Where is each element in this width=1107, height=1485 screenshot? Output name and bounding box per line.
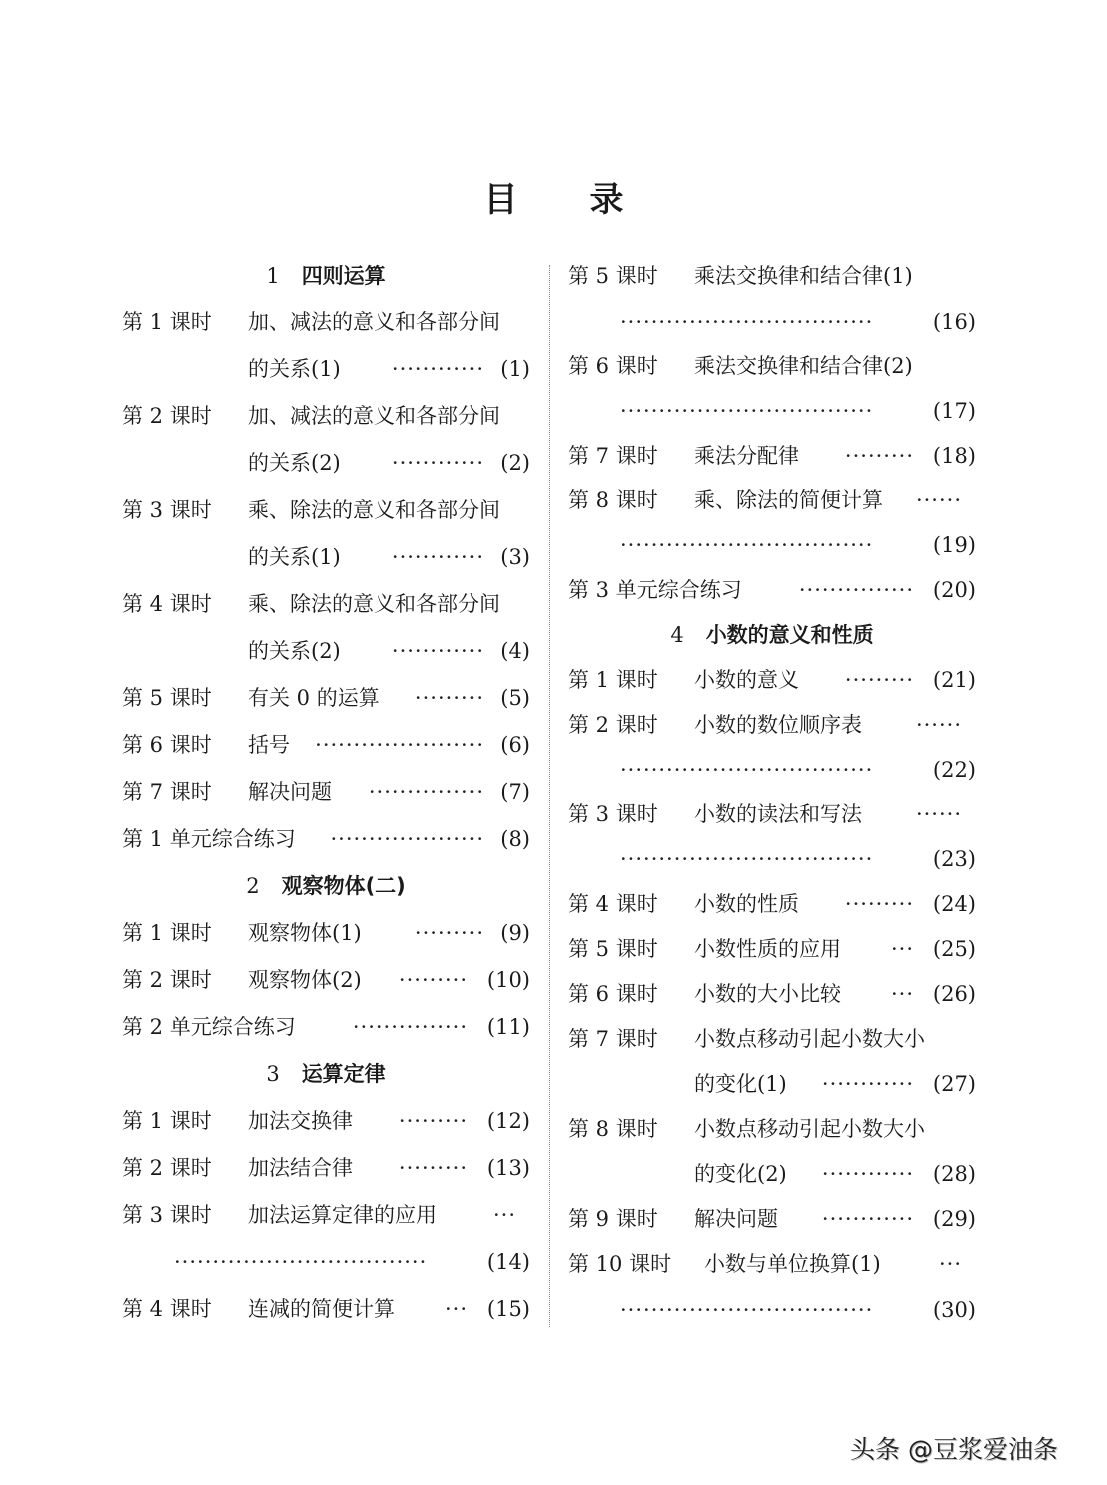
page-number: (16) <box>933 304 976 340</box>
title-char-1: 目 <box>484 172 518 221</box>
leader-dots: ································· <box>620 527 914 563</box>
unit-heading: 3运算定律 <box>122 1056 530 1092</box>
lesson-label: 第 2 课时 <box>122 398 212 434</box>
lesson-title: 连减的简便计算 <box>248 1291 395 1327</box>
page-number: (10) <box>487 962 530 998</box>
lesson-title: 小数的大小比较 <box>694 976 841 1012</box>
toc-entry[interactable]: 第 8 课时乘、除法的简便计算······ <box>568 482 976 518</box>
leader-dots: ······················ <box>315 727 484 763</box>
toc-entry[interactable]: 第 2 课时小数的数位顺序表······ <box>568 707 976 743</box>
leader-dots: ································· <box>620 1292 914 1328</box>
toc-entry[interactable]: ·································(14) <box>122 1244 530 1280</box>
lesson-title: 小数与单位换算(1) <box>704 1246 881 1282</box>
page-number: (13) <box>487 1150 530 1186</box>
lesson-title: 解决问题 <box>694 1201 778 1237</box>
page-number: (20) <box>933 572 976 608</box>
lesson-title: 的关系(2) <box>248 633 341 669</box>
page-number: (22) <box>933 752 976 788</box>
page-number: (23) <box>933 841 976 877</box>
page-number: (2) <box>500 445 530 481</box>
lesson-title: 乘法交换律和结合律(2) <box>694 348 913 384</box>
toc-entry[interactable]: 的关系(1)············(1) <box>122 351 530 387</box>
toc-entry[interactable]: 的关系(2)············(2) <box>122 445 530 481</box>
lesson-title: 小数点移动引起小数大小 <box>694 1021 925 1057</box>
page-number: (17) <box>933 393 976 429</box>
leader-dots: ··············· <box>353 1009 468 1045</box>
page-number: (26) <box>933 976 976 1012</box>
lesson-title: 加法交换律 <box>248 1103 353 1139</box>
leader-dots: ········· <box>845 662 914 698</box>
unit-title: 四则运算 <box>302 264 386 288</box>
toc-entry[interactable]: 第 1 课时小数的意义·········(21) <box>568 662 976 698</box>
lesson-label: 第 1 课时 <box>568 662 658 698</box>
toc-entry[interactable]: 的关系(1)············(3) <box>122 539 530 575</box>
page-number: (21) <box>933 662 976 698</box>
column-divider <box>549 265 550 1327</box>
leader-dots: ············ <box>822 1066 914 1102</box>
lesson-title: 的关系(1) <box>248 351 341 387</box>
lesson-title: 解决问题 <box>248 774 332 810</box>
lesson-title: 乘、除法的简便计算 <box>694 482 883 518</box>
lesson-title: 加法结合律 <box>248 1150 353 1186</box>
leader-dots: ············ <box>392 445 484 481</box>
toc-entry[interactable]: ·································(22) <box>568 752 976 788</box>
leader-dots: ··· <box>891 931 914 967</box>
lesson-label: 第 2 课时 <box>568 707 658 743</box>
page-number: (15) <box>487 1291 530 1327</box>
lesson-label: 第 5 课时 <box>122 680 212 716</box>
lesson-label: 第 6 课时 <box>568 976 658 1012</box>
lesson-title: 小数的数位顺序表 <box>694 707 862 743</box>
lesson-title: 小数点移动引起小数大小 <box>694 1111 925 1147</box>
lesson-title: 小数性质的应用 <box>694 931 841 967</box>
leader-dots: ··· <box>891 976 914 1012</box>
unit-heading: 4小数的意义和性质 <box>568 617 976 653</box>
unit-title: 运算定律 <box>302 1062 386 1086</box>
toc-entry[interactable]: 第 7 课时小数点移动引起小数大小 <box>568 1021 976 1057</box>
lesson-title: 乘、除法的意义和各部分间 <box>248 492 500 528</box>
lesson-title: 的关系(1) <box>248 539 341 575</box>
leader-dots: ············ <box>392 539 484 575</box>
toc-entry[interactable]: 第 1 单元综合练习····················(8) <box>122 821 530 857</box>
leader-dots: ···················· <box>330 821 484 857</box>
toc-entry[interactable]: 第 1 课时加、减法的意义和各部分间 <box>122 304 530 340</box>
lesson-title: 小数的读法和写法 <box>694 796 862 832</box>
toc-entry[interactable]: 第 2 课时加、减法的意义和各部分间 <box>122 398 530 434</box>
toc-entry[interactable]: 第 5 课时有关 0 的运算·········(5) <box>122 680 530 716</box>
leader-dots: ··············· <box>369 774 484 810</box>
leader-dots: ······ <box>916 482 962 518</box>
lesson-title: 的关系(2) <box>248 445 341 481</box>
lesson-label: 第 2 单元综合练习 <box>122 1009 296 1045</box>
lesson-label: 第 4 课时 <box>122 1291 212 1327</box>
page-number: (12) <box>487 1103 530 1139</box>
lesson-label: 第 7 课时 <box>568 438 658 474</box>
lesson-label: 第 7 课时 <box>568 1021 658 1057</box>
toc-entry[interactable]: ·································(23) <box>568 841 976 877</box>
leader-dots: ············ <box>392 351 484 387</box>
leader-dots: ········· <box>399 1150 468 1186</box>
lesson-label: 第 1 课时 <box>122 915 212 951</box>
unit-heading: 1四则运算 <box>122 258 530 294</box>
page-number: (29) <box>933 1201 976 1237</box>
lesson-title: 有关 0 的运算 <box>248 680 380 716</box>
toc-entry[interactable]: 第 5 课时小数性质的应用···(25) <box>568 931 976 967</box>
leader-dots: ········· <box>415 915 484 951</box>
toc-entry[interactable]: 第 5 课时乘法交换律和结合律(1) <box>568 258 976 294</box>
toc-entry[interactable]: 第 8 课时小数点移动引起小数大小 <box>568 1111 976 1147</box>
lesson-title: 小数的意义 <box>694 662 799 698</box>
lesson-label: 第 5 课时 <box>568 258 658 294</box>
toc-entry[interactable]: ·································(30) <box>568 1292 976 1328</box>
toc-entry[interactable]: 第 9 课时解决问题············(29) <box>568 1201 976 1237</box>
leader-dots: ········· <box>845 438 914 474</box>
watermark: 头条 @豆浆爱油条 <box>850 1430 1058 1466</box>
page-number: (3) <box>500 539 530 575</box>
page-title: 目录 <box>0 172 1107 221</box>
toc-entry[interactable]: 的变化(1)············(27) <box>568 1066 976 1102</box>
page-number: (5) <box>500 680 530 716</box>
toc-entry[interactable]: 第 6 课时小数的大小比较···(26) <box>568 976 976 1012</box>
lesson-label: 第 3 单元综合练习 <box>568 572 742 608</box>
page-number: (25) <box>933 931 976 967</box>
toc-entry[interactable]: 第 2 课时加法结合律·········(13) <box>122 1150 530 1186</box>
lesson-title: 加、减法的意义和各部分间 <box>248 398 500 434</box>
leader-dots: ··· <box>493 1197 516 1233</box>
lesson-label: 第 5 课时 <box>568 931 658 967</box>
page-number: (1) <box>500 351 530 387</box>
page-number: (18) <box>933 438 976 474</box>
toc-entry[interactable]: 的变化(2)············(28) <box>568 1156 976 1192</box>
page-number: (7) <box>500 774 530 810</box>
page-number: (4) <box>500 633 530 669</box>
leader-dots: ······ <box>916 796 962 832</box>
leader-dots: ············ <box>822 1156 914 1192</box>
lesson-title: 加、减法的意义和各部分间 <box>248 304 500 340</box>
toc-entry[interactable]: 第 3 课时小数的读法和写法······ <box>568 796 976 832</box>
unit-number: 3 <box>266 1062 279 1086</box>
leader-dots: ··· <box>939 1246 962 1282</box>
unit-number: 1 <box>266 264 279 288</box>
leader-dots: ········· <box>415 680 484 716</box>
page-number: (28) <box>933 1156 976 1192</box>
leader-dots: ············ <box>392 633 484 669</box>
toc-entry[interactable]: ·································(19) <box>568 527 976 563</box>
toc-entry[interactable]: 第 3 单元综合练习···············(20) <box>568 572 976 608</box>
page-number: (9) <box>500 915 530 951</box>
leader-dots: ································· <box>620 841 914 877</box>
unit-number: 4 <box>670 623 683 647</box>
lesson-label: 第 1 课时 <box>122 304 212 340</box>
leader-dots: ································· <box>174 1244 468 1280</box>
leader-dots: ········· <box>399 1103 468 1139</box>
toc-entry[interactable]: 第 2 课时观察物体(2)·········(10) <box>122 962 530 998</box>
lesson-label: 第 3 课时 <box>122 492 212 528</box>
unit-heading: 2观察物体(二) <box>122 868 530 904</box>
leader-dots: ··············· <box>799 572 914 608</box>
leader-dots: ········· <box>399 962 468 998</box>
lesson-title: 乘法交换律和结合律(1) <box>694 258 913 294</box>
lesson-label: 第 1 课时 <box>122 1103 212 1139</box>
toc-entry[interactable]: 第 2 单元综合练习···············(11) <box>122 1009 530 1045</box>
toc-entry[interactable]: 第 6 课时乘法交换律和结合律(2) <box>568 348 976 384</box>
toc-entry[interactable]: ·································(16) <box>568 304 976 340</box>
toc-entry[interactable]: 第 4 课时乘、除法的意义和各部分间 <box>122 586 530 622</box>
lesson-label: 第 2 课时 <box>122 1150 212 1186</box>
lesson-title: 的变化(2) <box>694 1156 787 1192</box>
lesson-label: 第 7 课时 <box>122 774 212 810</box>
lesson-label: 第 4 课时 <box>122 586 212 622</box>
page-number: (8) <box>500 821 530 857</box>
leader-dots: ········· <box>845 886 914 922</box>
lesson-label: 第 6 课时 <box>568 348 658 384</box>
lesson-label: 第 4 课时 <box>568 886 658 922</box>
unit-title: 观察物体(二) <box>282 874 406 898</box>
lesson-title: 小数的性质 <box>694 886 799 922</box>
page-number: (27) <box>933 1066 976 1102</box>
toc-entry[interactable]: 第 4 课时小数的性质·········(24) <box>568 886 976 922</box>
page-number: (11) <box>487 1009 530 1045</box>
leader-dots: ············ <box>822 1201 914 1237</box>
toc-entry[interactable]: 第 1 课时加法交换律·········(12) <box>122 1103 530 1139</box>
lesson-title: 的变化(1) <box>694 1066 787 1102</box>
lesson-label: 第 10 课时 <box>568 1246 671 1282</box>
toc-entry[interactable]: 第 6 课时括号······················(6) <box>122 727 530 763</box>
title-char-2: 录 <box>590 172 624 221</box>
lesson-label: 第 3 课时 <box>568 796 658 832</box>
toc-entry[interactable]: 第 7 课时乘法分配律·········(18) <box>568 438 976 474</box>
unit-title: 小数的意义和性质 <box>706 623 874 647</box>
toc-entry[interactable]: 第 7 课时解决问题···············(7) <box>122 774 530 810</box>
toc-entry[interactable]: 第 10 课时小数与单位换算(1)··· <box>568 1246 976 1282</box>
lesson-label: 第 8 课时 <box>568 1111 658 1147</box>
lesson-title: 观察物体(1) <box>248 915 362 951</box>
leader-dots: ··· <box>445 1291 468 1327</box>
lesson-title: 加法运算定律的应用 <box>248 1197 437 1233</box>
toc-entry[interactable]: 第 1 课时观察物体(1)·········(9) <box>122 915 530 951</box>
lesson-label: 第 8 课时 <box>568 482 658 518</box>
toc-entry[interactable]: 第 3 课时加法运算定律的应用··· <box>122 1197 530 1233</box>
leader-dots: ································· <box>620 752 914 788</box>
page-number: (19) <box>933 527 976 563</box>
toc-entry[interactable]: ·································(17) <box>568 393 976 429</box>
leader-dots: ································· <box>620 304 914 340</box>
lesson-title: 乘、除法的意义和各部分间 <box>248 586 500 622</box>
page-number: (14) <box>487 1244 530 1280</box>
unit-number: 2 <box>246 874 259 898</box>
toc-entry[interactable]: 的关系(2)············(4) <box>122 633 530 669</box>
lesson-title: 观察物体(2) <box>248 962 362 998</box>
leader-dots: ································· <box>620 393 914 429</box>
toc-entry[interactable]: 第 4 课时连减的简便计算···(15) <box>122 1291 530 1327</box>
lesson-label: 第 6 课时 <box>122 727 212 763</box>
page-number: (24) <box>933 886 976 922</box>
leader-dots: ······ <box>916 707 962 743</box>
lesson-label: 第 3 课时 <box>122 1197 212 1233</box>
lesson-title: 乘法分配律 <box>694 438 799 474</box>
page-number: (30) <box>933 1292 976 1328</box>
lesson-label: 第 9 课时 <box>568 1201 658 1237</box>
toc-entry[interactable]: 第 3 课时乘、除法的意义和各部分间 <box>122 492 530 528</box>
lesson-title: 括号 <box>248 727 290 763</box>
page-number: (6) <box>500 727 530 763</box>
lesson-label: 第 1 单元综合练习 <box>122 821 296 857</box>
lesson-label: 第 2 课时 <box>122 962 212 998</box>
